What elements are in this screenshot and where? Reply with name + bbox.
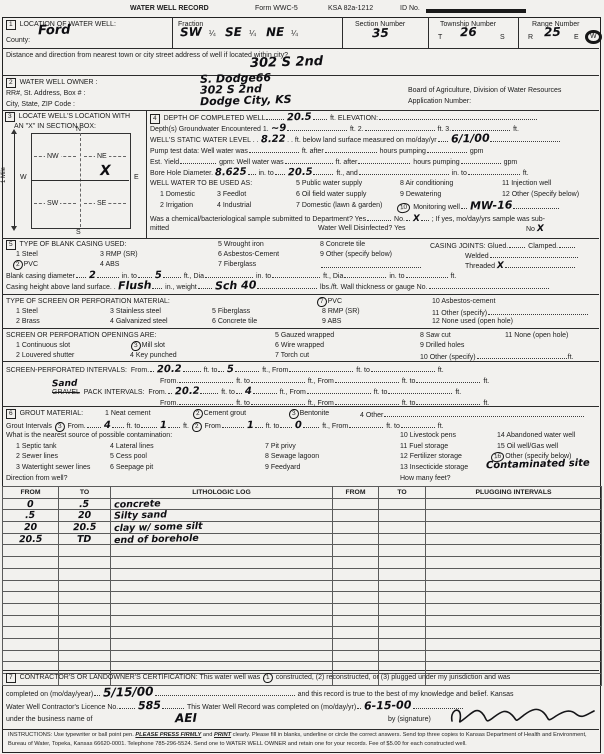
label: Mill slot — [142, 342, 165, 349]
label — [426, 498, 602, 510]
use-9: 9 Dewatering — [400, 190, 441, 199]
screen-6: 6 Concrete tile — [212, 317, 257, 326]
label — [426, 615, 602, 627]
opening-2: 2 Louvered shutter — [16, 351, 74, 360]
dot-leader — [280, 420, 292, 428]
dot-leader — [200, 386, 218, 394]
section5-number: 5 — [6, 240, 16, 250]
dot-leader — [335, 397, 399, 405]
arrow-down-icon — [11, 226, 17, 231]
use-1: 1 Domestic — [160, 190, 195, 199]
dot-leader — [358, 156, 410, 164]
sample-line: Was a chemical/bacteriological sample su… — [150, 213, 545, 224]
threaded-x-mark: X — [497, 261, 504, 271]
cell-value: 0 — [27, 499, 34, 508]
contam-10: 10 Livestock pens — [400, 431, 456, 440]
contam-4: 4 Lateral lines — [110, 442, 154, 451]
label: ft. to — [236, 378, 250, 385]
label — [111, 557, 333, 569]
contam-2: 2 Sewer lines — [16, 452, 58, 461]
label — [333, 510, 379, 522]
use-12: 12 Other (Specify below) — [502, 190, 579, 199]
table-row — [3, 650, 602, 662]
dot-leader — [162, 701, 184, 709]
grout-to-1-value: 1 — [160, 421, 167, 431]
table-row — [3, 545, 602, 557]
label: Threaded — [465, 263, 495, 270]
casing-3: 3 RMP (SR) — [100, 250, 138, 259]
label — [111, 638, 333, 650]
dot-leader — [138, 270, 152, 278]
certification-line-1: 7 CONTRACTOR'S OR LANDOWNER'S CERTIFICAT… — [6, 673, 510, 683]
label: Bentonite — [300, 410, 330, 417]
label: .5 — [59, 498, 111, 510]
grout-interval-2-circled: 2 — [192, 422, 202, 433]
label — [379, 662, 426, 674]
label: ft. — [483, 400, 489, 407]
lithologic-table: FROM TO LITHOLOGIC LOG FROM TO PLUGGING … — [2, 486, 602, 686]
label: concrete — [111, 498, 333, 510]
table-row — [3, 592, 602, 604]
grout-intervals-label: Grout Intervals — [6, 423, 52, 430]
groundwater-label: Depth(s) Groundwater Encountered 1. — [150, 126, 269, 133]
casing-2-pvc: 2PVC — [12, 260, 38, 270]
screen-4: 4 Galvanized steel — [110, 317, 168, 326]
compass-e: E — [134, 173, 139, 182]
label: 0 — [3, 498, 59, 510]
label — [333, 592, 379, 604]
screen-intervals-line-2: From. ft. to ft., From ft. to ft. — [160, 375, 489, 386]
label: in. to — [452, 170, 467, 177]
groundwater-2-label: ft. 2. — [350, 126, 364, 133]
label — [452, 709, 594, 722]
label: From. — [131, 367, 149, 374]
label — [379, 498, 426, 510]
column-header: FROM — [333, 487, 379, 499]
label: in. to — [259, 170, 274, 177]
fraction-q1: SW — [180, 27, 202, 38]
label: 20 — [3, 522, 59, 534]
dot-leader — [183, 364, 201, 372]
section3-title-2: AN "X" IN SECTION BOX: — [14, 122, 96, 131]
grout-title: GROUT MATERIAL: — [20, 410, 84, 417]
owner-city-label: City, State, ZIP Code : — [6, 100, 75, 109]
certification-text-1: CONTRACTOR'S OR LANDOWNER'S CERTIFICATIO… — [20, 674, 261, 681]
label: gpm — [504, 159, 518, 166]
fraction-q3: NE — [266, 27, 285, 37]
screen-7-pvc: 7PVC — [316, 297, 342, 307]
dot-leader — [505, 260, 575, 268]
label — [333, 498, 379, 510]
opening-10: 10 Other (specify)ft. — [420, 351, 573, 362]
label — [333, 533, 379, 545]
label: 20 — [59, 510, 111, 522]
cell-value: 20 — [78, 511, 91, 520]
label: ft., From — [308, 378, 334, 385]
label — [111, 650, 333, 662]
use-7: 7 Domestic (lawn & garden) — [296, 201, 382, 210]
dot-leader — [266, 112, 284, 120]
dot-leader — [359, 167, 449, 175]
label — [426, 557, 602, 569]
grout-3-bentonite: 3Bentonite — [288, 409, 329, 419]
label — [3, 557, 59, 569]
business-name-label: under the business name of — [6, 715, 92, 724]
instructions: INSTRUCTIONS: Use typewriter or ball poi… — [8, 731, 596, 749]
quadrant-sw: SW — [45, 199, 60, 208]
application-number-label: Application Number: — [408, 97, 471, 106]
casing-diameter-value: 2 — [89, 271, 96, 281]
openings-title: SCREEN OR PERFORATION OPENINGS ARE: — [6, 331, 156, 340]
label — [3, 650, 59, 662]
contam-9: 9 Feedyard — [265, 463, 300, 472]
divider — [146, 110, 147, 238]
dot-leader — [97, 270, 119, 278]
label — [59, 580, 111, 592]
dot-leader — [321, 260, 421, 268]
label: ft. — [523, 170, 529, 177]
dot-leader — [513, 201, 559, 209]
label — [59, 638, 111, 650]
certification-text-3: and this record is true to the best of m… — [298, 691, 514, 698]
owner-address-label: RR#, St. Address, Box # : — [6, 89, 85, 98]
label — [59, 603, 111, 615]
casing-4: 4 ABS — [100, 260, 119, 269]
label — [379, 592, 426, 604]
pack-interval-from-value: 20.2 — [174, 387, 199, 398]
pack-intervals-label: PACK INTERVALS: — [84, 389, 145, 396]
label — [333, 545, 379, 557]
label — [59, 545, 111, 557]
label — [379, 603, 426, 615]
dot-leader — [218, 364, 224, 372]
casing-height-value: Flush — [118, 281, 152, 292]
casing-6: 6 Asbestos-Cement — [218, 250, 279, 259]
use-3: 3 Feedlot — [217, 190, 246, 199]
table-row — [3, 580, 602, 592]
dot-leader — [163, 270, 181, 278]
label — [379, 650, 426, 662]
dot-leader — [429, 281, 549, 289]
label — [111, 592, 333, 604]
dot-leader — [313, 112, 327, 120]
dot-leader — [384, 409, 584, 417]
dot-leader — [371, 364, 435, 372]
section1-number: 1 — [6, 20, 16, 30]
table-row — [3, 557, 602, 569]
dot-leader — [150, 364, 154, 372]
label: 11 Other (specify) — [432, 310, 487, 317]
table-row: 0.5concrete — [3, 498, 602, 510]
dot-leader — [325, 145, 377, 153]
label — [3, 627, 59, 639]
label: ft. to — [266, 423, 280, 430]
label: ft. to — [402, 400, 416, 407]
pack-intervals-line-1: GRAVEL PACK INTERVALS: From. 20.2 ft. to… — [52, 386, 461, 397]
section3-number: 3 — [5, 112, 15, 122]
fraction-q2: SE — [225, 27, 242, 37]
label — [426, 522, 602, 534]
screen-material-title: TYPE OF SCREEN OR PERFORATION MATERIAL: — [6, 297, 170, 306]
dot-leader — [119, 701, 135, 709]
screen-5: 5 Fiberglass — [212, 307, 250, 316]
dot-leader — [427, 145, 467, 153]
quadrant-ne: NE — [95, 152, 109, 161]
use-5: 5 Public water supply — [296, 179, 362, 188]
label: ft. to — [236, 400, 250, 407]
contam-6: 6 Seepage pit — [110, 463, 153, 472]
dot-leader — [251, 375, 305, 383]
label — [59, 557, 111, 569]
screen-intervals-line-1: SCREEN-PERFORATED INTERVALS: From. 20.2 … — [6, 364, 444, 375]
bore-hole-line: Bore Hole Diameter. 8.625 in. to 20.5 ft… — [150, 167, 529, 178]
owner-city-value: Dodge City, KS — [200, 95, 292, 107]
label: ft. — [183, 423, 189, 430]
label: hours pumping — [413, 159, 459, 166]
dot-leader — [367, 213, 391, 221]
static-level-line: WELL'S STATIC WATER LEVEL . . 8.22 . . f… — [150, 134, 561, 145]
dot-leader — [357, 701, 361, 709]
cell-value: Silty sand — [114, 511, 167, 521]
label — [333, 522, 379, 534]
dot-leader — [112, 420, 124, 428]
label — [3, 662, 59, 674]
contam-14: 14 Abandoned water well — [497, 431, 575, 440]
table-row — [3, 627, 602, 639]
divider — [2, 75, 599, 76]
label — [111, 662, 333, 674]
pack-intervals-line-2: From. ft. to ft., From ft. to ft. — [160, 397, 489, 408]
label — [379, 580, 426, 592]
dot-leader — [488, 307, 588, 315]
dot-leader — [406, 213, 410, 221]
dot-leader — [257, 281, 317, 289]
dot-leader — [152, 281, 162, 289]
section7-number: 7 — [6, 673, 16, 683]
label — [3, 545, 59, 557]
label: 20.5 — [3, 533, 59, 545]
label — [333, 650, 379, 662]
label: PVC — [24, 261, 38, 268]
compass-s: S — [76, 228, 81, 237]
quarter-sign: ¼ — [209, 29, 216, 38]
table-row — [3, 603, 602, 615]
label: ft., Dia — [323, 273, 343, 280]
opening-11: 11 None (open hole) — [505, 331, 568, 340]
casing-depth-value: 5 — [155, 271, 162, 281]
sample-question: Was a chemical/bacteriological sample su… — [150, 216, 366, 223]
label — [3, 603, 59, 615]
dot-leader — [365, 123, 435, 131]
label: PRINT — [214, 732, 231, 738]
column-header: FROM — [3, 487, 59, 499]
elevation-label: ft. ELEVATION: — [330, 115, 378, 122]
form-title: WATER WELL RECORD — [130, 4, 209, 13]
sample-no-x-mark: X — [413, 214, 420, 224]
screen-interval-to-value: 5 — [227, 365, 234, 375]
dot-leader — [438, 134, 448, 142]
instructions-text: INSTRUCTIONS: Use typewriter or ball poi… — [8, 732, 135, 738]
label — [426, 510, 602, 522]
quarter-sign: ¼ — [249, 29, 256, 38]
dot-leader — [249, 145, 299, 153]
grout-4: 4 Other — [360, 409, 585, 420]
label — [59, 615, 111, 627]
label — [59, 650, 111, 662]
bore-depth-value: 20.5 — [288, 168, 313, 179]
dot-leader — [401, 420, 435, 428]
label — [111, 627, 333, 639]
divider — [428, 17, 429, 48]
section2-number: 2 — [6, 78, 16, 88]
section3-title-1: LOCATE WELL'S LOCATION WITH — [19, 113, 131, 120]
cell-value: concrete — [114, 499, 161, 509]
label — [59, 592, 111, 604]
monitoring-well-id-value: MW-16 — [470, 200, 513, 211]
bore-hole-label: Bore Hole Diameter. — [150, 170, 213, 177]
label — [379, 568, 426, 580]
table-row — [3, 568, 602, 580]
divider — [2, 48, 599, 49]
depth-label: DEPTH OF COMPLETED WELL — [164, 115, 266, 122]
label — [426, 638, 602, 650]
label: end of borehole — [111, 533, 333, 545]
label — [379, 545, 426, 557]
label: ft., From — [308, 400, 334, 407]
casing-height-line: Casing height above land surface. . Flus… — [6, 281, 550, 292]
dot-leader — [236, 386, 242, 394]
label: ft., and — [336, 170, 357, 177]
dot-leader — [307, 386, 371, 394]
id-no-label: ID No. — [400, 4, 420, 13]
dot-leader — [452, 123, 510, 131]
contam-15: 15 Oil well/Gas well — [497, 442, 558, 451]
divider — [2, 294, 599, 295]
label: lbs./ft. Wall thickness or gauge No. — [320, 284, 428, 291]
direction-question: Direction from well? — [6, 474, 67, 483]
grout-from-1-value: 4 — [104, 421, 111, 431]
gravel-label-struck: GRAVEL — [52, 389, 80, 396]
contam-5: 5 Cess pool — [110, 452, 147, 461]
grout-to-2-value: 0 — [295, 421, 302, 431]
label: gpm: Well water was — [219, 159, 283, 166]
contam-3: 3 Watertight sewer lines — [16, 463, 90, 472]
lithologic-table-body: 0.5concrete.520Silty sand2020.5clay w/ s… — [3, 498, 602, 685]
groundwater-3-label: ft. 3. — [438, 126, 452, 133]
pack-interval-to-value: 4 — [245, 387, 252, 397]
distance-question: Distance and direction from nearest town… — [6, 51, 288, 60]
dot-leader — [141, 420, 157, 428]
label: and — [201, 732, 214, 738]
dot-leader — [388, 386, 452, 394]
joints-threaded: Threaded X — [465, 260, 576, 271]
id-redaction-bar — [426, 9, 526, 13]
cell-value: end of borehole — [114, 533, 199, 544]
label: ft. to — [127, 423, 141, 430]
dot-leader — [87, 420, 101, 428]
disinfect-no-x-mark: X — [537, 224, 544, 234]
opening-3-mill-slot: 3Mill slot — [130, 341, 165, 351]
label: in., weight — [165, 284, 197, 291]
table-header-row: FROM TO LITHOLOGIC LOG FROM TO PLUGGING … — [3, 487, 602, 499]
label: 20.5 — [59, 522, 111, 534]
dot-leader — [251, 397, 305, 405]
grout-from-2-value: 1 — [247, 421, 254, 431]
label: ft. to — [221, 389, 235, 396]
section-box — [31, 133, 131, 229]
label: ft. — [455, 389, 461, 396]
disinfect-no: No X — [526, 224, 544, 234]
bore-diameter-value: 8.625 — [215, 168, 247, 179]
opening-8: 8 Saw cut — [420, 331, 451, 340]
dot-leader — [468, 167, 520, 175]
label: ft. to — [386, 423, 400, 430]
label: hours pumping — [380, 148, 426, 155]
label: 6 GROUT MATERIAL: — [6, 409, 83, 419]
label — [3, 615, 59, 627]
label — [333, 580, 379, 592]
label: ft. — [450, 273, 456, 280]
label: PLEASE PRESS FIRMLY — [135, 732, 201, 738]
label — [426, 592, 602, 604]
label — [3, 638, 59, 650]
label: ft. to — [402, 378, 416, 385]
constructed-1-circled: 1 — [263, 673, 273, 684]
use-label: WELL WATER TO BE USED AS: — [150, 179, 252, 188]
label — [426, 627, 602, 639]
label — [379, 638, 426, 650]
fraction-value: SW ¼ SE ¼ NE ¼ — [180, 27, 298, 39]
use-10-circled: 10 — [397, 203, 411, 214]
compass-w: W — [20, 173, 27, 182]
dot-leader — [253, 386, 277, 394]
dot-leader — [272, 270, 320, 278]
divider — [2, 328, 599, 329]
dot-leader — [509, 240, 525, 248]
screen-7-circled: 7 — [317, 297, 327, 308]
opening-5: 5 Gauzed wrapped — [275, 331, 334, 340]
label: From. — [160, 400, 178, 407]
township-value: 26 — [460, 27, 477, 37]
label: No — [526, 226, 535, 233]
divider — [2, 238, 599, 239]
business-name-value: AEI — [175, 713, 197, 724]
dot-leader — [275, 167, 285, 175]
label: gpm — [470, 148, 484, 155]
label: in. to — [389, 273, 404, 280]
use-10-monitoring: 10 Monitoring well MW-16 — [396, 201, 560, 213]
dot-leader — [344, 270, 386, 278]
label — [426, 603, 602, 615]
cell-value: TD — [77, 534, 92, 543]
column-header: TO — [59, 487, 111, 499]
label: Cement grout — [204, 410, 246, 417]
dot-leader — [406, 270, 448, 278]
label: 5 TYPE OF BLANK CASING USED: — [6, 240, 126, 250]
dot-leader — [421, 213, 429, 221]
contam-12: 12 Fertilizer storage — [400, 452, 462, 461]
label: FROM TO LITHOLOGIC LOG FROM TO PLUGGING … — [3, 487, 602, 499]
static-level-label: WELL'S STATIC WATER LEVEL . . — [150, 137, 259, 144]
dot-leader — [303, 420, 319, 428]
disinfect-question: Water Well Disinfected? Yes — [318, 224, 406, 233]
contam-11: 11 Fuel storage — [400, 442, 448, 451]
township-s: S — [500, 33, 505, 42]
column-header: PLUGGING INTERVALS — [426, 487, 602, 499]
dot-leader — [461, 201, 467, 209]
cell-value: 20.5 — [73, 523, 97, 533]
cell-value: .5 — [25, 511, 35, 520]
